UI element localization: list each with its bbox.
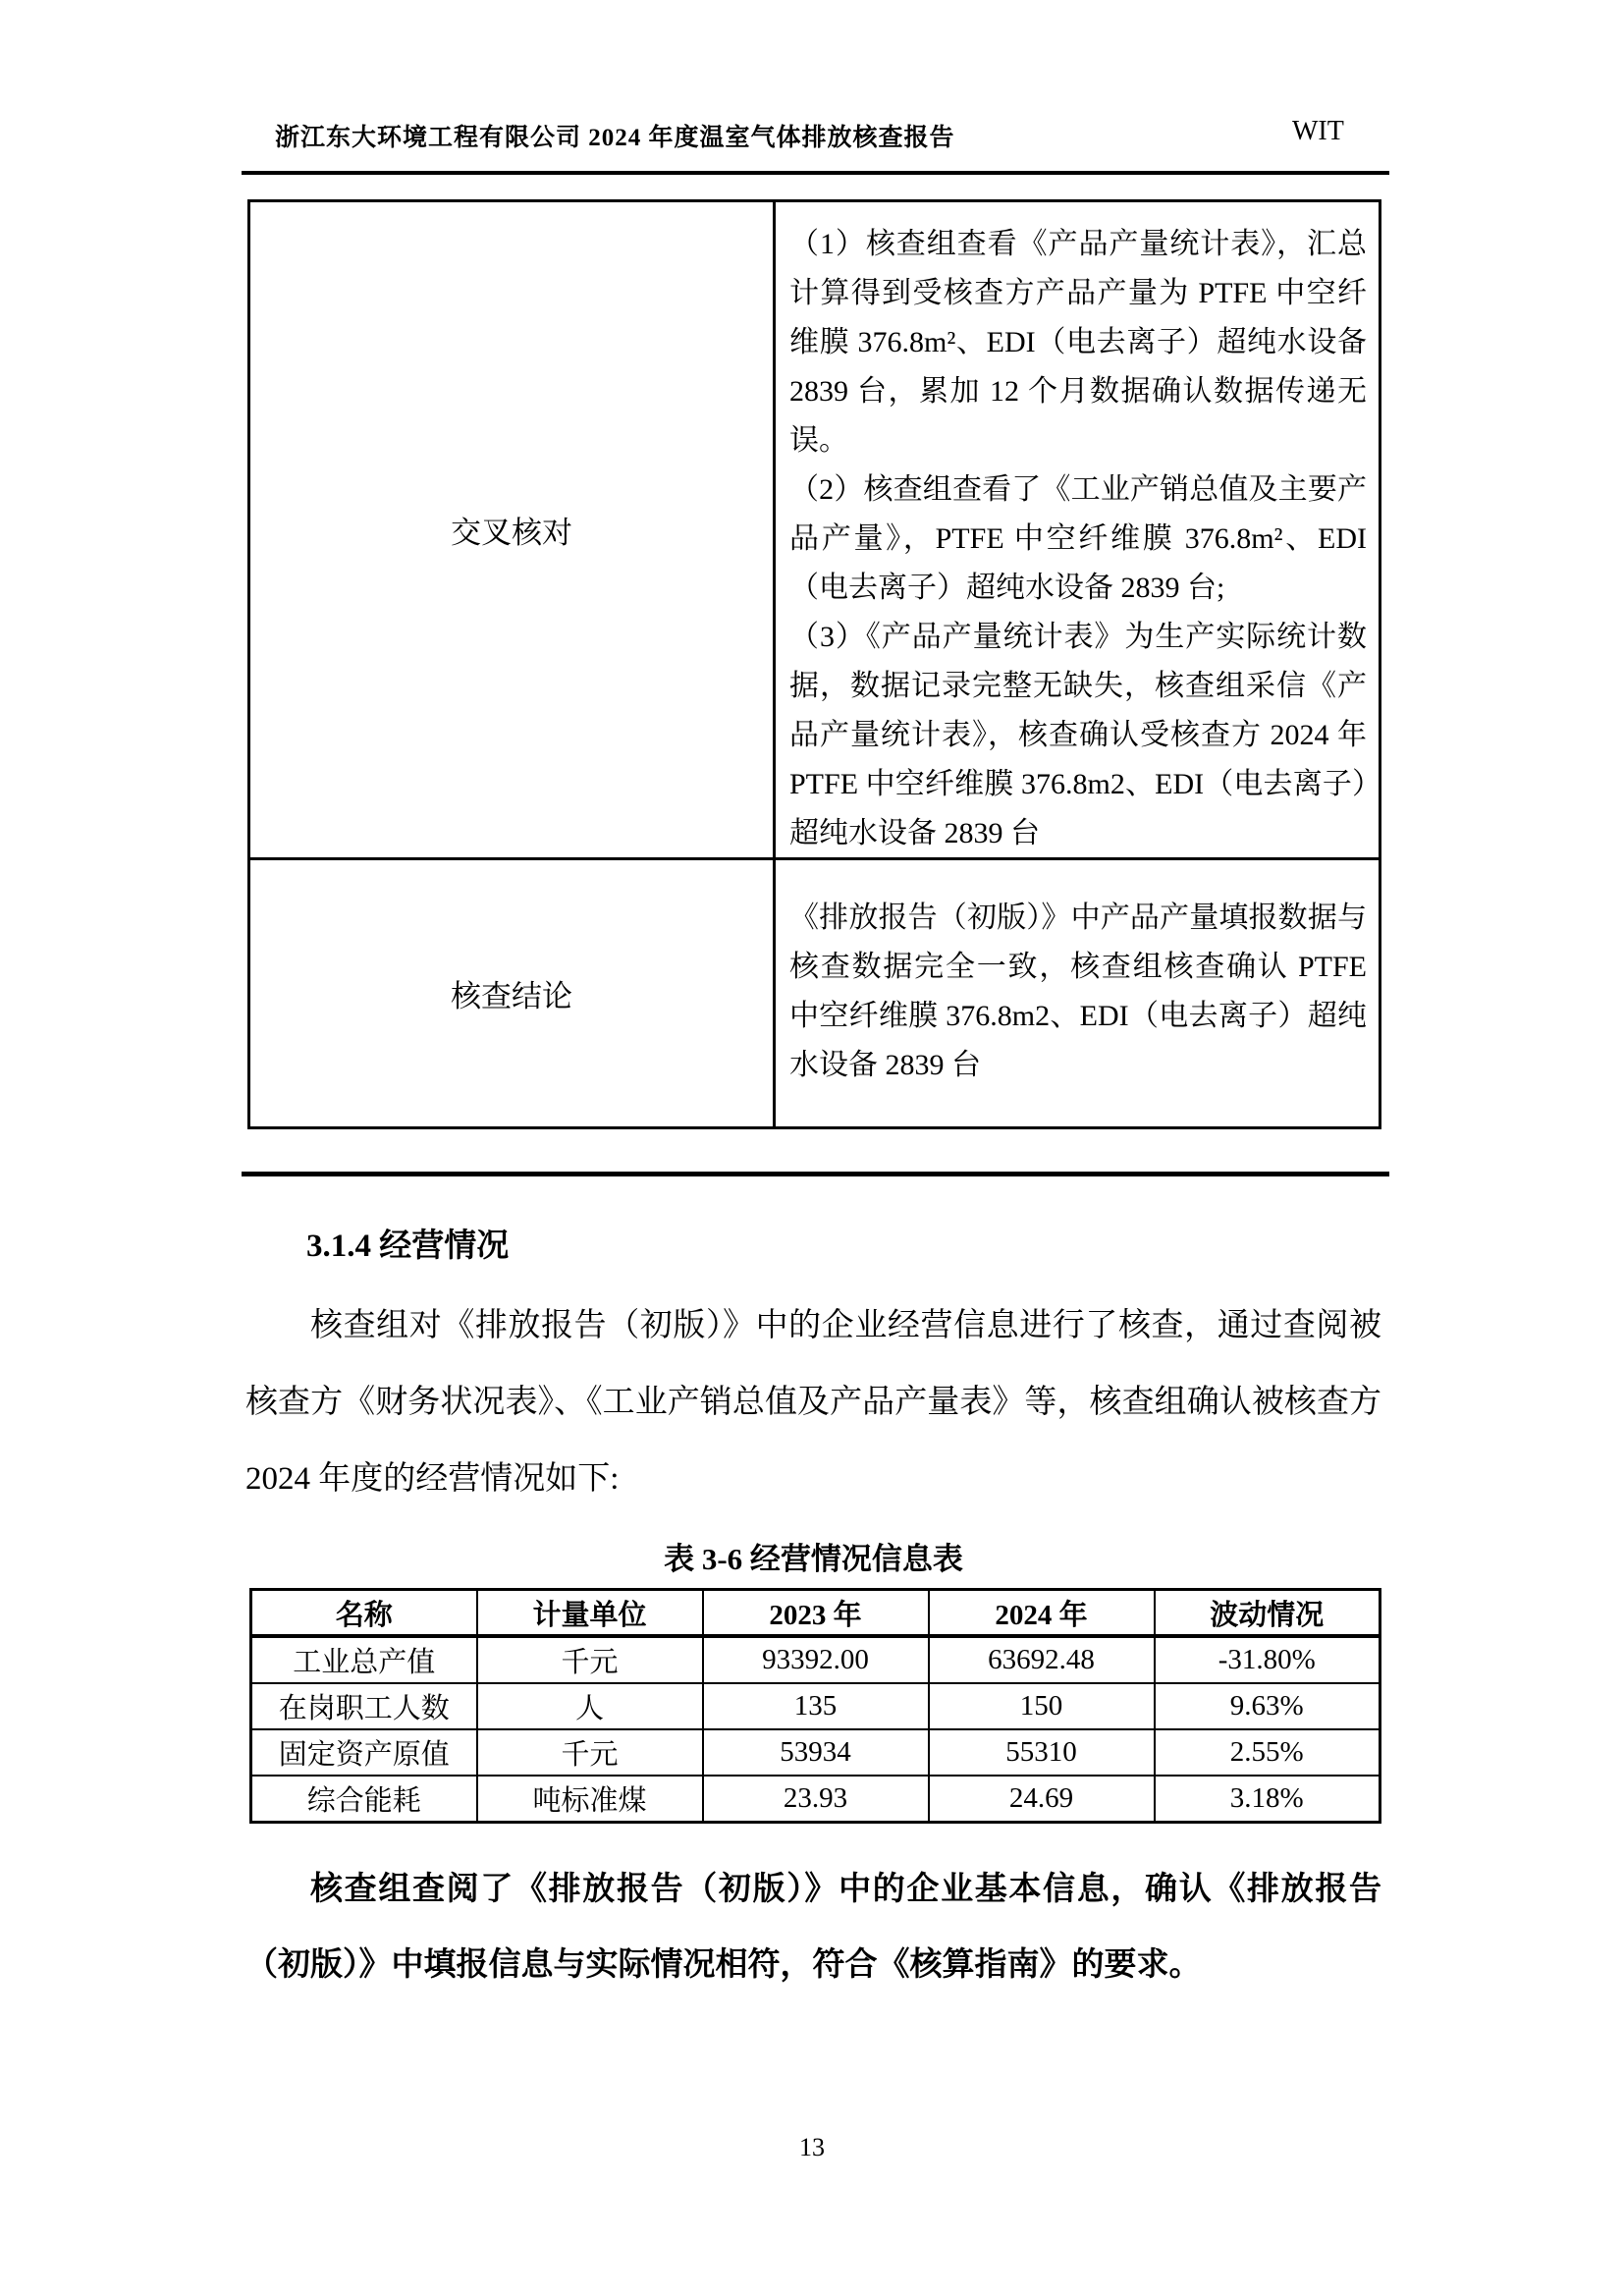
table-row: 在岗职工人数 人 135 150 9.63% (251, 1683, 1380, 1729)
column-header-unit: 计量单位 (477, 1590, 703, 1637)
cell-2023: 93392.00 (703, 1636, 929, 1683)
cell-name: 综合能耗 (251, 1776, 477, 1823)
table-row: 固定资产原值 千元 53934 55310 2.55% (251, 1729, 1380, 1776)
table-row: 核查结论 《排放报告（初版）》中产品产量填报数据与核查数据完全一致，核查组核查确… (250, 857, 1379, 1126)
page-number: 13 (0, 2133, 1624, 2162)
column-header-2024: 2024 年 (929, 1590, 1155, 1637)
cell-name: 在岗职工人数 (251, 1683, 477, 1729)
verification-table: 交叉核对 （1）核查组查看《产品产量统计表》，汇总计算得到受核查方产品产量为 P… (247, 199, 1381, 1129)
table-row: 综合能耗 吨标准煤 23.93 24.69 3.18% (251, 1776, 1380, 1823)
table-row: 工业总产值 千元 93392.00 63692.48 -31.80% (251, 1636, 1380, 1683)
row-label-conclusion: 核查结论 (250, 860, 776, 1126)
conclusion-paragraph: 《排放报告（初版）》中产品产量填报数据与核查数据完全一致，核查组核查确认 PTF… (789, 894, 1367, 1090)
cell-fluctuation: -31.80% (1155, 1636, 1380, 1683)
row-label-cross-check: 交叉核对 (250, 202, 776, 857)
business-table-caption: 表 3-6 经营情况信息表 (245, 1534, 1381, 1578)
cell-unit: 人 (477, 1683, 703, 1729)
document-page: 浙江东大环境工程有限公司 2024 年度温室气体排放核查报告 WIT 交叉核对 … (0, 0, 1624, 2296)
cell-2023: 53934 (703, 1729, 929, 1776)
section-intro-paragraph: 核查组对《排放报告（初版）》中的企业经营信息进行了核查，通过查阅被核查方《财务状… (245, 1287, 1381, 1517)
cell-unit: 千元 (477, 1636, 703, 1683)
table-header-row: 名称 计量单位 2023 年 2024 年 波动情况 (251, 1590, 1380, 1637)
header-rule (242, 171, 1389, 175)
cell-unit: 吨标准煤 (477, 1776, 703, 1823)
cell-2024: 150 (929, 1683, 1155, 1729)
cell-2024: 24.69 (929, 1776, 1155, 1823)
column-header-2023: 2023 年 (703, 1590, 929, 1637)
header-mark: WIT (1292, 116, 1344, 147)
cross-check-paragraph-1: （1）核查组查看《产品产量统计表》，汇总计算得到受核查方产品产量为 PTFE 中… (789, 220, 1367, 465)
section-divider-rule (242, 1172, 1389, 1176)
header-title: 浙江东大环境工程有限公司 2024 年度温室气体排放核查报告 (275, 118, 955, 153)
cell-unit: 千元 (477, 1729, 703, 1776)
closing-paragraph: 核查组查阅了《排放报告（初版）》中的企业基本信息，确认《排放报告（初版）》中填报… (245, 1852, 1381, 2003)
column-header-fluctuation: 波动情况 (1155, 1590, 1380, 1637)
column-header-name: 名称 (251, 1590, 477, 1637)
cell-fluctuation: 9.63% (1155, 1683, 1380, 1729)
cross-check-content-cell: （1）核查组查看《产品产量统计表》，汇总计算得到受核查方产品产量为 PTFE 中… (776, 202, 1379, 857)
conclusion-content-cell: 《排放报告（初版）》中产品产量填报数据与核查数据完全一致，核查组核查确认 PTF… (776, 860, 1379, 1126)
cell-2023: 23.93 (703, 1776, 929, 1823)
cell-name: 固定资产原值 (251, 1729, 477, 1776)
cell-fluctuation: 3.18% (1155, 1776, 1380, 1823)
cross-check-paragraph-3: （3）《产品产量统计表》为生产实际统计数据，数据记录完整无缺失，核查组采信《产品… (789, 613, 1367, 858)
cell-fluctuation: 2.55% (1155, 1729, 1380, 1776)
business-info-table: 名称 计量单位 2023 年 2024 年 波动情况 工业总产值 千元 9339… (249, 1588, 1381, 1824)
cell-2024: 55310 (929, 1729, 1155, 1776)
cell-name: 工业总产值 (251, 1636, 477, 1683)
section-heading: 3.1.4 经营情况 (306, 1220, 509, 1266)
cross-check-paragraph-2: （2）核查组查看了《工业产销总值及主要产品产量》，PTFE 中空纤维膜 376.… (789, 465, 1367, 613)
table-row: 交叉核对 （1）核查组查看《产品产量统计表》，汇总计算得到受核查方产品产量为 P… (250, 202, 1379, 857)
cell-2024: 63692.48 (929, 1636, 1155, 1683)
cell-2023: 135 (703, 1683, 929, 1729)
